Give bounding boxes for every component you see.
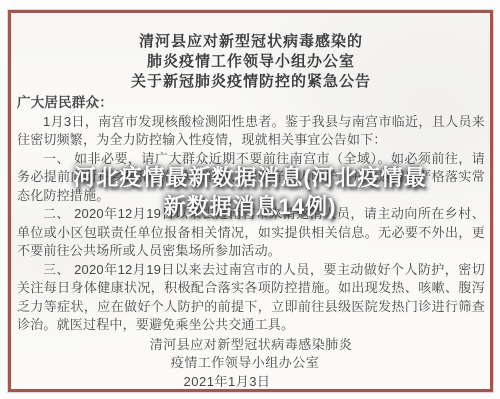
notice-title: 清河县应对新型冠状病毒感染的 肺炎疫情工作领导小组办公室 关于新冠肺炎疫情防控的… xyxy=(17,32,485,92)
notice-paragraph-4: 三、 2020年12月19日以来去过南宫市的人员，要主动做好个人防护，密切关注每… xyxy=(17,261,485,335)
notice-body: 广大居民群众： 1月3日，南宫市发现核酸检测阳性患者。鉴于我县与南宫市临近，且人… xyxy=(17,94,485,335)
notice-signature: 清河县应对新型冠状病毒感染肺炎 疫情工作领导小组办公室 2021年1月3日 xyxy=(17,336,485,392)
notice-document: 清河县应对新型冠状病毒感染的 肺炎疫情工作领导小组办公室 关于新冠肺炎疫情防控的… xyxy=(8,10,493,392)
notice-paragraph-3: 二、 2020年12月19日以来去过南宫市来清返清人员，请主动向所在乡村、单位或… xyxy=(17,205,485,261)
signature-date: 2021年1月3日 xyxy=(8,373,461,392)
notice-title-line-1: 清河县应对新型冠状病毒感染的 xyxy=(17,32,485,52)
notice-salutation: 广大居民群众： xyxy=(17,94,485,113)
notice-paragraph-2: 一、 如非必要，请广大群众近期不要前往南宫市（全域）。如必须前往，请务必提前向所… xyxy=(17,150,485,206)
signature-org-line-1: 清河县应对新型冠状病毒感染肺炎 xyxy=(17,336,485,355)
notice-title-line-3: 关于新冠肺炎疫情防控的紧急公告 xyxy=(17,72,485,92)
signature-org-line-2: 疫情工作领导小组办公室 xyxy=(11,354,479,373)
notice-photo: 清河县应对新型冠状病毒感染的 肺炎疫情工作领导小组办公室 关于新冠肺炎疫情防控的… xyxy=(0,0,500,399)
notice-paragraph-1: 1月3日，南宫市发现核酸检测阳性患者。鉴于我县与南宫市临近，且人员来往密切频繁，… xyxy=(17,113,485,150)
notice-title-line-2: 肺炎疫情工作领导小组办公室 xyxy=(17,52,485,72)
